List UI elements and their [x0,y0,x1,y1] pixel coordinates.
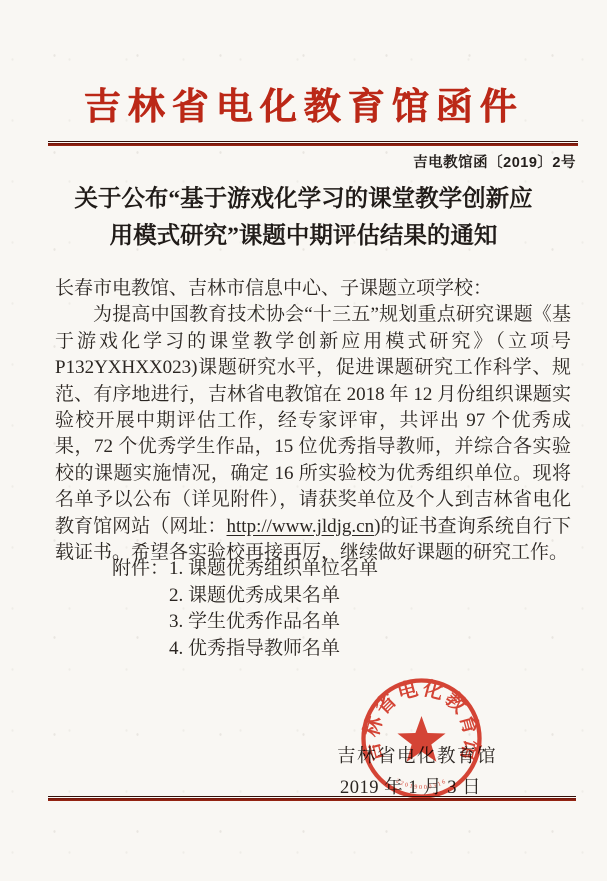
document-number: 吉电教馆函〔2019〕2号 [413,151,576,172]
paragraph-text-before-url: 为提高中国教育技术协会“十三五”规划重点研究课题《基于游戏化学习的课堂教学创新应… [55,304,571,536]
notice-title-line2: 用模式研究”课题中期评估结果的通知 [50,218,557,255]
official-seal: 吉林省电化教育馆 22019000316 [356,673,487,804]
attachments-block: 附件： 1. 课题优秀组织单位名单 2. 课题优秀成果名单 3. 学生优秀作品名… [112,556,378,662]
footer-rule [48,796,576,801]
main-paragraph: 为提高中国教育技术协会“十三五”规划重点研究课题《基于游戏化学习的课堂教学创新应… [55,302,571,566]
star-icon [397,716,445,762]
notice-title: 关于公布“基于游戏化学习的课堂教学创新应 用模式研究”课题中期评估结果的通知 [50,181,557,255]
attachment-item-4: 4. 优秀指导教师名单 [169,636,378,663]
attachment-item-3: 3. 学生优秀作品名单 [169,609,378,636]
notice-title-line1: 关于公布“基于游戏化学习的课堂教学创新应 [50,181,557,218]
scanned-official-letter: 吉林省电化教育馆函件 吉电教馆函〔2019〕2号 关于公布“基于游戏化学习的课堂… [0,0,607,881]
letterhead-divider-rule [48,141,578,146]
salutation: 长春市电教馆、吉林市信息中心、子课题立项学校： [55,276,571,302]
seal-serial-number: 22019000316 [395,778,449,791]
attachment-item-2: 2. 课题优秀成果名单 [169,583,378,610]
seal-serial-text-path: 22019000316 [395,778,449,791]
website-url: http://www.jldjg.cn [227,516,375,537]
attachments-list: 1. 课题优秀组织单位名单 2. 课题优秀成果名单 3. 学生优秀作品名单 4.… [169,556,378,662]
letter-body: 长春市电教馆、吉林市信息中心、子课题立项学校： 为提高中国教育技术协会“十三五”… [55,276,571,566]
letterhead-title: 吉林省电化教育馆函件 [0,76,607,130]
attachment-item-1: 1. 课题优秀组织单位名单 [169,556,378,583]
attachments-label: 附件： [112,556,169,662]
